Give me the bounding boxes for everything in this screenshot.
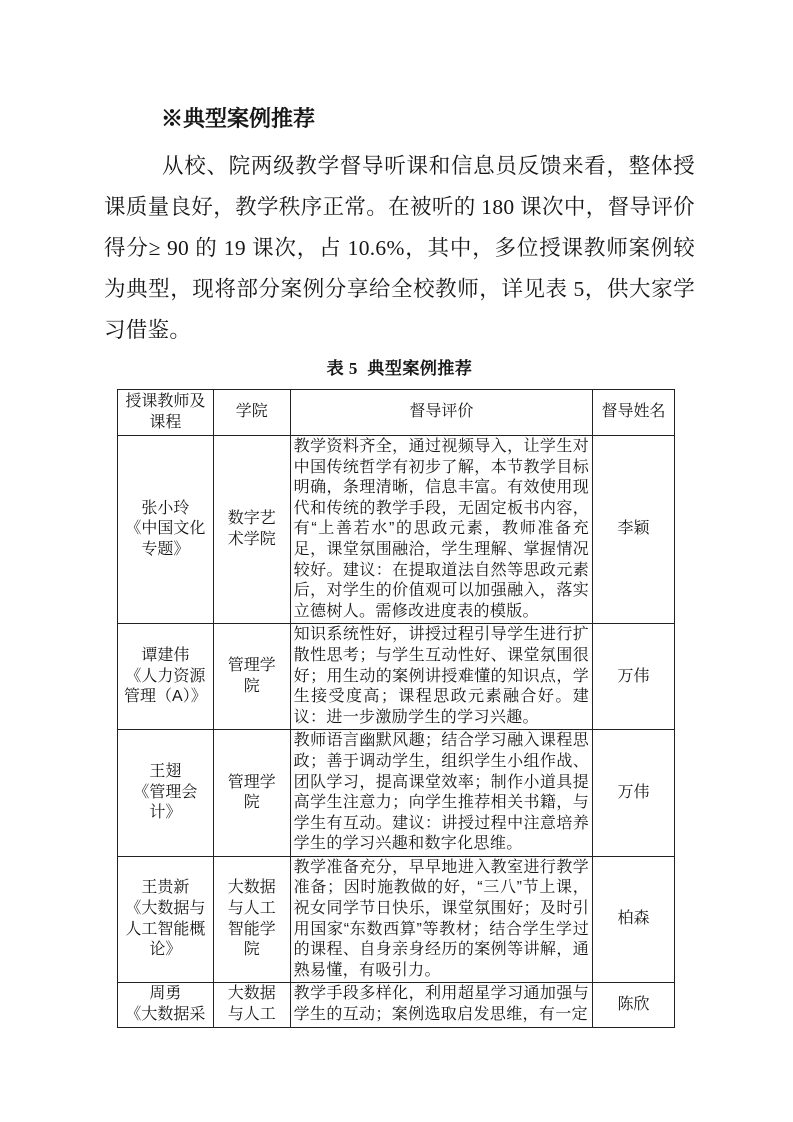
header-supervisor: 督导姓名 xyxy=(593,390,675,436)
table-header-row: 授课教师及 课程 学院 督导评价 督导姓名 xyxy=(118,390,675,436)
teacher-course-cell: 王贵新 《大数据与 人工智能概 论》 xyxy=(118,856,214,983)
evaluation-cell: 教师语言幽默风趣；结合学习融入课程思政；善于调动学生，组织学生小组作战、团队学习… xyxy=(290,730,592,857)
table-caption: 表 5 典型案例推荐 xyxy=(104,357,695,381)
evaluation-cell: 知识系统性好，讲授过程引导学生进行扩散性思考；与学生互动性好、课堂氛围很好；用生… xyxy=(290,624,592,730)
supervisor-name-cell: 陈欣 xyxy=(593,983,675,1027)
college-cell: 大数据 与人工 xyxy=(213,983,290,1027)
header-college: 学院 xyxy=(213,390,290,436)
evaluation-cell: 教学资料齐全，通过视频导入，让学生对中国传统哲学有初步了解，本节教学目标明确，条… xyxy=(290,436,592,624)
supervisor-name-cell: 柏森 xyxy=(593,856,675,983)
teacher-course-cell: 张小玲 《中国文化 专题》 xyxy=(118,436,214,624)
college-cell: 管理学 院 xyxy=(213,730,290,857)
table-row: 王翅 《管理会 计》 管理学 院 教师语言幽默风趣；结合学习融入课程思政；善于调… xyxy=(118,730,675,857)
table-row: 张小玲 《中国文化 专题》 数字艺 术学院 教学资料齐全，通过视频导入，让学生对… xyxy=(118,436,675,624)
document-page: ※典型案例推荐 从校、院两级教学督导听课和信息员反馈来看，整体授课质量良好，教学… xyxy=(0,0,793,1122)
teacher-course-cell: 周勇 《大数据采 xyxy=(118,983,214,1027)
typical-cases-table: 授课教师及 课程 学院 督导评价 督导姓名 张小玲 《中国文化 专题》 数字艺 … xyxy=(117,389,675,1028)
page-title: ※典型案例推荐 xyxy=(104,104,695,134)
college-cell: 数字艺 术学院 xyxy=(213,436,290,624)
teacher-course-cell: 谭建伟 《人力资源 管理（A）》 xyxy=(118,624,214,730)
table-row: 谭建伟 《人力资源 管理（A）》 管理学 院 知识系统性好，讲授过程引导学生进行… xyxy=(118,624,675,730)
college-cell: 大数据 与人工 智能学 院 xyxy=(213,856,290,983)
supervisor-name-cell: 李颖 xyxy=(593,436,675,624)
table-row: 王贵新 《大数据与 人工智能概 论》 大数据 与人工 智能学 院 教学准备充分，… xyxy=(118,856,675,983)
supervisor-name-cell: 万伟 xyxy=(593,730,675,857)
supervisor-name-cell: 万伟 xyxy=(593,624,675,730)
header-teacher-course: 授课教师及 课程 xyxy=(118,390,214,436)
header-evaluation: 督导评价 xyxy=(290,390,592,436)
teacher-course-cell: 王翅 《管理会 计》 xyxy=(118,730,214,857)
table-row: 周勇 《大数据采 大数据 与人工 教学手段多样化，利用超星学习通加强与学生的互动… xyxy=(118,983,675,1027)
intro-paragraph: 从校、院两级教学督导听课和信息员反馈来看，整体授课质量良好，教学秩序正常。在被听… xyxy=(104,146,695,351)
evaluation-cell: 教学手段多样化，利用超星学习通加强与学生的互动；案例选取启发思维，有一定 xyxy=(290,983,592,1027)
evaluation-cell: 教学准备充分，早早地进入教室进行教学准备；因时施教做的好，“三八”节上课，祝女同… xyxy=(290,856,592,983)
college-cell: 管理学 院 xyxy=(213,624,290,730)
